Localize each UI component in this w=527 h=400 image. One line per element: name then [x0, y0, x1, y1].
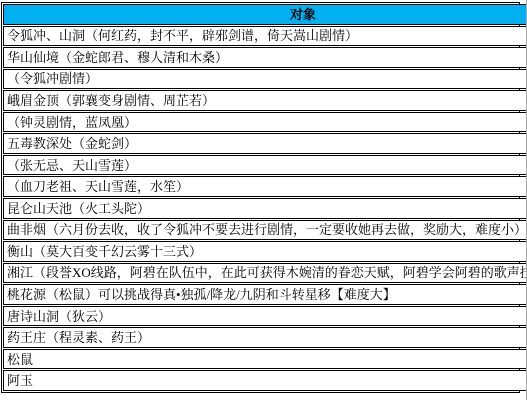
table-row: 松鼠 — [3, 349, 527, 370]
table-row: 唐诗山洞（狄云） — [3, 306, 527, 327]
document-page: { "table": { "header": "对象", "header_bg"… — [0, 0, 527, 400]
table-row: 曲非烟（六月份去收，收了令狐冲不要去进行剧情，一定要收她再去做，奖励大，难度小） — [3, 220, 527, 241]
table-row: （令狐冲剧情） — [3, 69, 527, 90]
table-row: 桃花源（松鼠）可以挑战得真•独孤/降龙/九阴和斗转星移【难度大】 — [3, 284, 527, 305]
table-row: 令狐冲、山洞（何红药，封不平，辟邪剑谱，倚天嵩山剧情） — [3, 26, 527, 47]
table-row: 昆仑山天池（火工头陀） — [3, 198, 527, 219]
table-row: 五毒教深处（金蛇剑） — [3, 133, 527, 154]
table-row: （血刀老祖、天山雪莲，水笙） — [3, 176, 527, 197]
table-row: 衡山（莫大百变千幻云雾十三式） — [3, 241, 527, 262]
object-table: 对象 令狐冲、山洞（何红药，封不平，辟邪剑谱，倚天嵩山剧情）华山仙境（金蛇郎君、… — [1, 2, 520, 393]
table-row: 药王庄（程灵素、药王） — [3, 327, 527, 348]
table-row: 华山仙境（金蛇郎君、穆人清和木桑） — [3, 47, 527, 68]
table-row: 阿玉 — [3, 370, 527, 391]
table-row: （钟灵剧情，蓝凤凰） — [3, 112, 527, 133]
table-row: 湘江（段誉XO线路，阿碧在队伍中，在此可获得木婉清的眷恋天赋，阿碧学会阿碧的歌声… — [3, 263, 527, 284]
table-row: 峨眉金顶（郭襄变身剧情、周芷若） — [3, 90, 527, 111]
table-header-cell: 对象 — [3, 4, 527, 25]
table-row: （张无忌、天山雪莲） — [3, 155, 527, 176]
